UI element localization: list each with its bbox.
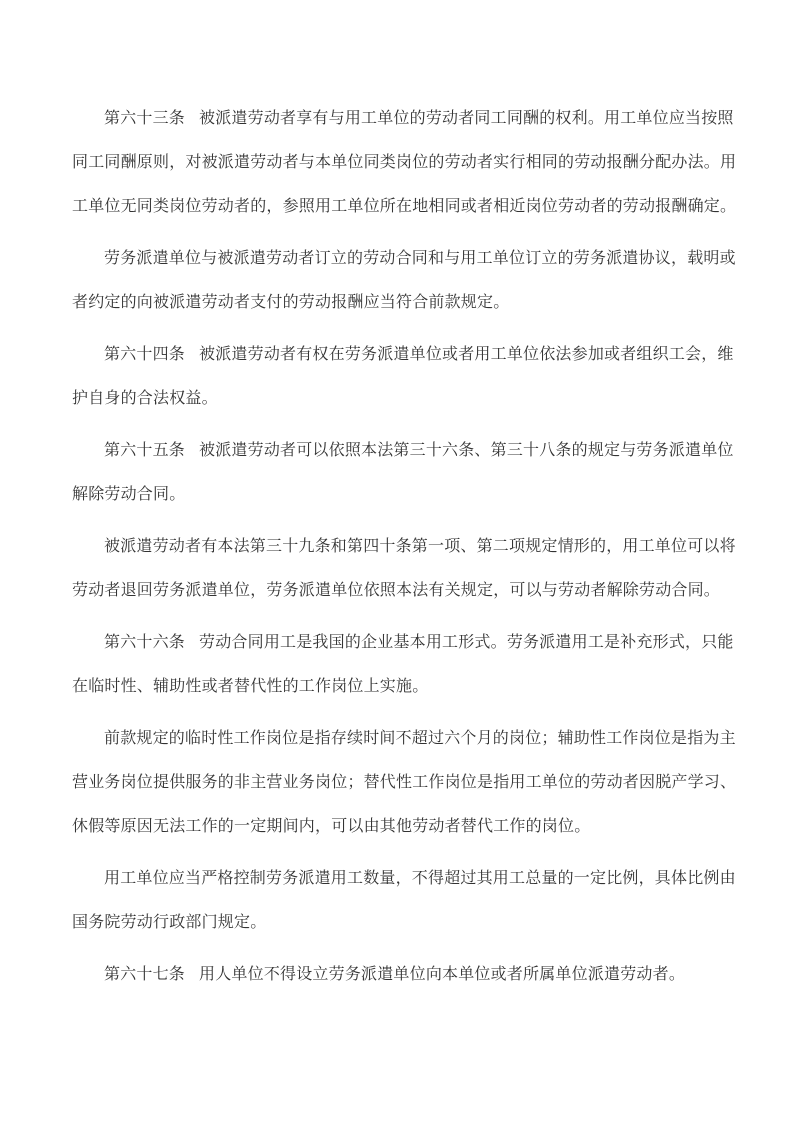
article-number: 第六十三条: [104, 108, 185, 127]
paragraph-line: 国务院劳动行政部门规定。: [72, 908, 724, 952]
article-66-paragraph: 第六十六条劳动合同用工是我国的企业基本用工形式。劳务派遣用工是补充形式，只能 在…: [72, 628, 724, 716]
paragraph-line: 被派遣劳动者有本法第三十九条和第四十条第一项、第二项规定情形的，用工单位可以将: [72, 532, 724, 576]
paragraph-line: 前款规定的临时性工作岗位是指存续时间不超过六个月的岗位；辅助性工作岗位是指为主: [72, 724, 724, 768]
article-65-second-paragraph: 被派遣劳动者有本法第三十九条和第四十条第一项、第二项规定情形的，用工单位可以将 …: [72, 532, 724, 620]
article-number: 第六十四条: [104, 344, 185, 363]
paragraph-line: 第六十三条被派遣劳动者享有与用工单位的劳动者同工同酬的权利。用工单位应当按照: [72, 104, 724, 148]
paragraph-line: 营业务岗位提供服务的非主营业务岗位；替代性工作岗位是指用工单位的劳动者因脱产学习…: [72, 768, 724, 812]
article-65-paragraph: 第六十五条被派遣劳动者可以依照本法第三十六条、第三十八条的规定与劳务派遣单位 解…: [72, 436, 724, 524]
article-number: 第六十五条: [104, 440, 185, 459]
paragraph-line: 同工同酬原则，对被派遣劳动者与本单位同类岗位的劳动者实行相同的劳动报酬分配办法。…: [72, 148, 724, 192]
paragraph-line: 护自身的合法权益。: [72, 384, 724, 428]
document-page: 第六十三条被派遣劳动者享有与用工单位的劳动者同工同酬的权利。用工单位应当按照 同…: [72, 104, 724, 1004]
article-66-second-paragraph: 前款规定的临时性工作岗位是指存续时间不超过六个月的岗位；辅助性工作岗位是指为主 …: [72, 724, 724, 856]
paragraph-line: 用工单位应当严格控制劳务派遣用工数量，不得超过其用工总量的一定比例，具体比例由: [72, 864, 724, 908]
paragraph-line: 在临时性、辅助性或者替代性的工作岗位上实施。: [72, 672, 724, 716]
paragraph-line: 第六十五条被派遣劳动者可以依照本法第三十六条、第三十八条的规定与劳务派遣单位: [72, 436, 724, 480]
article-number: 第六十七条: [104, 964, 185, 983]
article-63-paragraph: 第六十三条被派遣劳动者享有与用工单位的劳动者同工同酬的权利。用工单位应当按照 同…: [72, 104, 724, 236]
paragraph-line: 第六十七条用人单位不得设立劳务派遣单位向本单位或者所属单位派遣劳动者。: [72, 960, 724, 1004]
paragraph-line: 者约定的向被派遣劳动者支付的劳动报酬应当符合前款规定。: [72, 288, 724, 332]
article-number: 第六十六条: [104, 632, 185, 651]
paragraph-line: 解除劳动合同。: [72, 480, 724, 524]
paragraph-line: 休假等原因无法工作的一定期间内，可以由其他劳动者替代工作的岗位。: [72, 812, 724, 856]
paragraph-line: 第六十六条劳动合同用工是我国的企业基本用工形式。劳务派遣用工是补充形式，只能: [72, 628, 724, 672]
article-64-paragraph: 第六十四条被派遣劳动者有权在劳务派遣单位或者用工单位依法参加或者组织工会，维 护…: [72, 340, 724, 428]
article-67-paragraph: 第六十七条用人单位不得设立劳务派遣单位向本单位或者所属单位派遣劳动者。: [72, 960, 724, 1004]
article-66-third-paragraph: 用工单位应当严格控制劳务派遣用工数量，不得超过其用工总量的一定比例，具体比例由 …: [72, 864, 724, 952]
article-63-second-paragraph: 劳务派遣单位与被派遣劳动者订立的劳动合同和与用工单位订立的劳务派遣协议，载明或 …: [72, 244, 724, 332]
paragraph-line: 第六十四条被派遣劳动者有权在劳务派遣单位或者用工单位依法参加或者组织工会，维: [72, 340, 724, 384]
paragraph-line: 劳动者退回劳务派遣单位，劳务派遣单位依照本法有关规定，可以与劳动者解除劳动合同。: [72, 576, 724, 620]
paragraph-line: 劳务派遣单位与被派遣劳动者订立的劳动合同和与用工单位订立的劳务派遣协议，载明或: [72, 244, 724, 288]
paragraph-line: 工单位无同类岗位劳动者的，参照用工单位所在地相同或者相近岗位劳动者的劳动报酬确定…: [72, 192, 724, 236]
